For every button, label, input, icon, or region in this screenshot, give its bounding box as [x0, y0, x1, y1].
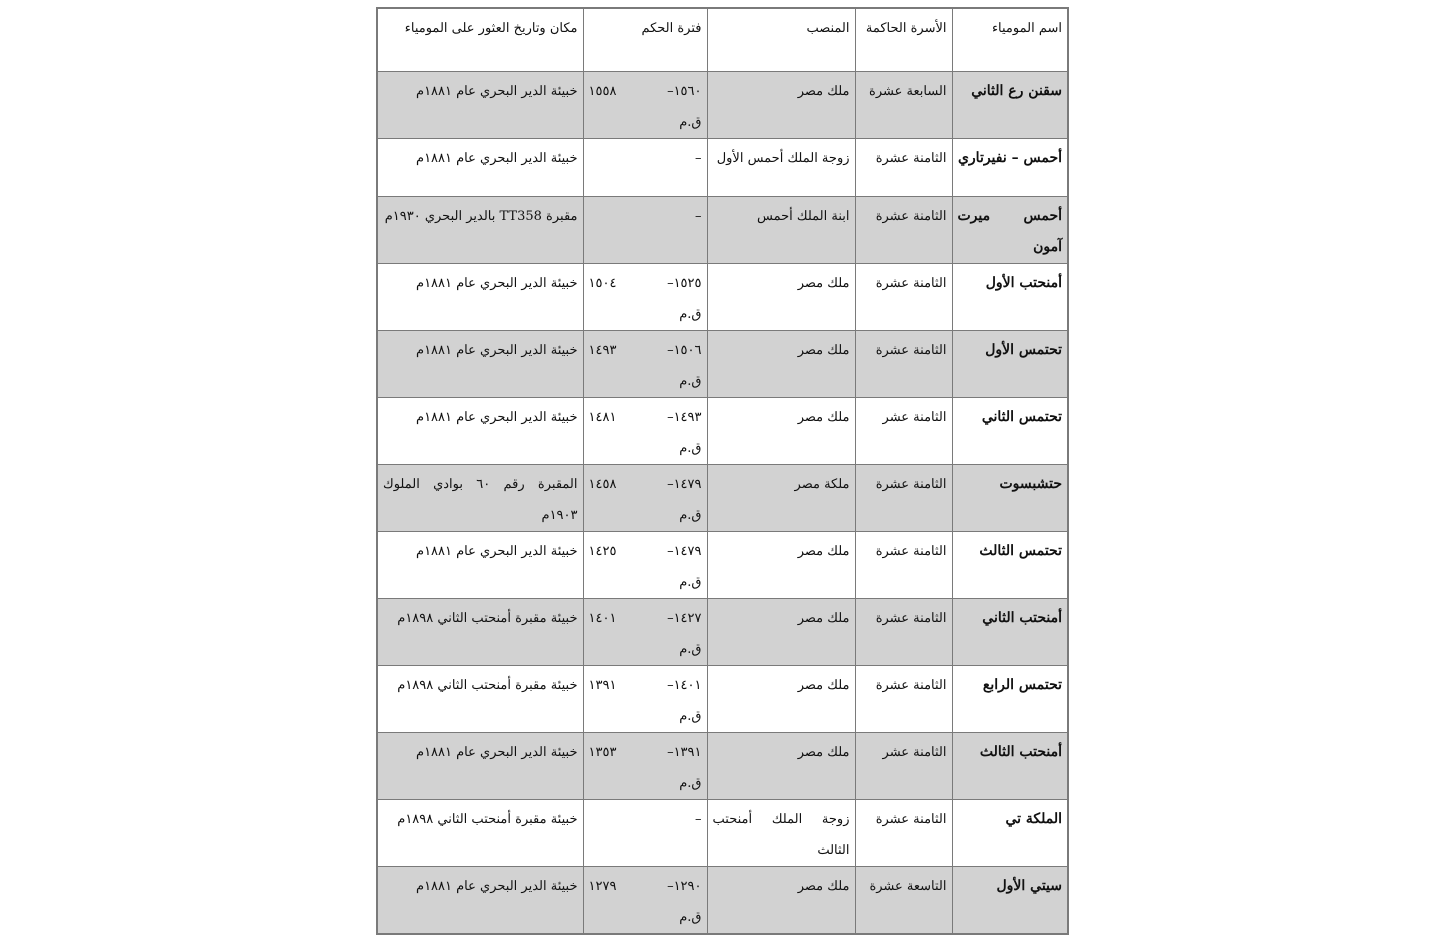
cell-reign: ١٤٠١– ١٣٩١ ق.م — [583, 665, 707, 732]
cell-place-found: مقبرة TT358 بالدير البحري ١٩٣٠م — [377, 196, 583, 263]
reign-start: ١٤٩٣– — [667, 402, 701, 433]
cell-reign: ١٤٧٩– ١٤٥٨ ق.م — [583, 464, 707, 531]
cell-place-found: خبيئة مقبرة أمنحتب الثاني ١٨٩٨م — [377, 665, 583, 732]
reign-end: ١٣٥٣ — [589, 737, 617, 768]
header-dynasty: الأسرة الحاكمة — [855, 8, 952, 71]
cell-dynasty: الثامنة عشرة — [855, 263, 952, 330]
cell-mummy-name: تحتمس الثالث — [952, 531, 1068, 598]
cell-title: ملك مصر — [707, 263, 855, 330]
cell-dynasty: الثامنة عشرة — [855, 598, 952, 665]
reign-end: ١٢٧٩ — [589, 871, 617, 901]
reign-start: ١٤٧٩– — [667, 536, 701, 567]
cell-mummy-name: سيتي الأول — [952, 866, 1068, 900]
cell-reign: ١٥٠٦– ١٤٩٣ ق.م — [583, 330, 707, 397]
cell-mummy-name: أمنحتب الأول — [952, 263, 1068, 330]
reign-start: ١٥٢٥– — [667, 268, 701, 299]
cell-dynasty: الثامنة عشرة — [855, 665, 952, 732]
cell-dynasty: السابعة عشرة — [855, 71, 952, 138]
cell-dynasty: الثامنة عشرة — [855, 138, 952, 196]
reign-era: ق.م — [589, 299, 702, 330]
cell-dynasty: الثامنة عشرة — [855, 330, 952, 397]
table-row: تحتمس الرابع الثامنة عشرة ملك مصر ١٤٠١– … — [377, 665, 1068, 732]
table-row: أمنحتب الأول الثامنة عشرة ملك مصر ١٥٢٥– … — [377, 263, 1068, 330]
cell-place-found: خبيئة الدير البحري عام ١٨٨١م — [377, 866, 583, 900]
cell-dynasty: التاسعة عشرة — [855, 866, 952, 900]
reign-start: ١٢٩٠– — [667, 871, 701, 901]
cell-place-found: خبيئة مقبرة أمنحتب الثاني ١٨٩٨م — [377, 799, 583, 866]
reign-years: ١٤٢٧– ١٤٠١ — [589, 603, 702, 634]
cell-reign: ١٣٩١– ١٣٥٣ ق.م — [583, 732, 707, 799]
cell-title: ملك مصر — [707, 665, 855, 732]
reign-end: ١٥٥٨ — [589, 76, 617, 107]
table-row: سقنن رع الثاني السابعة عشرة ملك مصر ١٥٦٠… — [377, 71, 1068, 138]
cell-reign: ١٢٩٠– ١٢٧٩ ق.م — [583, 866, 707, 900]
reign-years: ١٥٦٠– ١٥٥٨ — [589, 76, 702, 107]
table-row: تحتمس الثالث الثامنة عشرة ملك مصر ١٤٧٩– … — [377, 531, 1068, 598]
cell-reign: ١٤٢٧– ١٤٠١ ق.م — [583, 598, 707, 665]
reign-start: ١٤٧٩– — [667, 469, 701, 500]
reign-years: ١٢٩٠– ١٢٧٩ — [589, 871, 702, 901]
cell-mummy-name: الملكة تي — [952, 799, 1068, 866]
cell-title: ملك مصر — [707, 71, 855, 138]
cell-reign: ١٥٢٥– ١٥٠٤ ق.م — [583, 263, 707, 330]
cell-place-found: خبيئة مقبرة أمنحتب الثاني ١٨٩٨م — [377, 598, 583, 665]
cell-dynasty: الثامنة عشر — [855, 397, 952, 464]
cell-title: ملك مصر — [707, 531, 855, 598]
reign-start: ١٥٠٦– — [667, 335, 701, 366]
reign-era: ق.م — [589, 366, 702, 397]
header-mummy-name: اسم المومياء — [952, 8, 1068, 71]
cell-reign: ١٤٧٩– ١٤٢٥ ق.م — [583, 531, 707, 598]
header-title: المنصب — [707, 8, 855, 71]
reign-end: ١٤٠١ — [589, 603, 617, 634]
reign-years: ١٤٩٣– ١٤٨١ — [589, 402, 702, 433]
reign-years: ١٣٩١– ١٣٥٣ — [589, 737, 702, 768]
reign-end: ١٣٩١ — [589, 670, 617, 701]
cell-place-found: خبيئة الدير البحري عام ١٨٨١م — [377, 330, 583, 397]
reign-start: ١٤٢٧– — [667, 603, 701, 634]
cell-place-found: خبيئة الدير البحري عام ١٨٨١م — [377, 263, 583, 330]
reign-end: ١٤٥٨ — [589, 469, 617, 500]
reign-years: – — [589, 201, 702, 232]
cell-dynasty: الثامنة عشرة — [855, 464, 952, 531]
reign-era: ق.م — [589, 433, 702, 464]
reign-years: ١٥٠٦– ١٤٩٣ — [589, 335, 702, 366]
reign-end: ١٤٩٣ — [589, 335, 617, 366]
cell-mummy-name: تحتمس الأول — [952, 330, 1068, 397]
reign-start: – — [695, 143, 702, 174]
cell-dynasty: الثامنة عشرة — [855, 196, 952, 263]
cell-title: ملك مصر — [707, 397, 855, 464]
reign-start: ١٥٦٠– — [667, 76, 701, 107]
cell-mummy-name: أمنحتب الثالث — [952, 732, 1068, 799]
cell-mummy-name: أحمس – نفيرتاري — [952, 138, 1068, 196]
reign-years: ١٤٧٩– ١٤٢٥ — [589, 536, 702, 567]
reign-end: ١٤٨١ — [589, 402, 617, 433]
cell-place-found: خبيئة الدير البحري عام ١٨٨١م — [377, 138, 583, 196]
cell-place-found: خبيئة الدير البحري عام ١٨٨١م — [377, 531, 583, 598]
table-row: سيتي الأول التاسعة عشرة ملك مصر ١٢٩٠– ١٢… — [377, 866, 1068, 900]
cell-title: ابنة الملك أحمس — [707, 196, 855, 263]
reign-era: ق.م — [589, 567, 702, 598]
cell-title: ملكة مصر — [707, 464, 855, 531]
table-row: أحمس ميرت آمون الثامنة عشرة ابنة الملك أ… — [377, 196, 1068, 263]
reign-years: – — [589, 804, 702, 835]
cell-title: ملك مصر — [707, 732, 855, 799]
reign-era: ق.م — [589, 634, 702, 665]
cell-dynasty: الثامنة عشر — [855, 732, 952, 799]
mummies-table: اسم المومياء الأسرة الحاكمة المنصب فترة … — [376, 7, 1069, 900]
cell-place-found: خبيئة الدير البحري عام ١٨٨١م — [377, 397, 583, 464]
reign-years: – — [589, 143, 702, 174]
reign-start: – — [695, 804, 702, 835]
cell-reign: ١٤٩٣– ١٤٨١ ق.م — [583, 397, 707, 464]
table-row: أمنحتب الثالث الثامنة عشر ملك مصر ١٣٩١– … — [377, 732, 1068, 799]
cell-mummy-name: أحمس ميرت آمون — [952, 196, 1068, 263]
cell-dynasty: الثامنة عشرة — [855, 799, 952, 866]
cell-mummy-name: تحتمس الثاني — [952, 397, 1068, 464]
cell-mummy-name: حتشبسوت — [952, 464, 1068, 531]
reign-era: ق.م — [589, 107, 702, 138]
cell-mummy-name: تحتمس الرابع — [952, 665, 1068, 732]
cell-title: ملك مصر — [707, 866, 855, 900]
table-row: حتشبسوت الثامنة عشرة ملكة مصر ١٤٧٩– ١٤٥٨… — [377, 464, 1068, 531]
table-row: تحتمس الأول الثامنة عشرة ملك مصر ١٥٠٦– ١… — [377, 330, 1068, 397]
cell-reign: – — [583, 799, 707, 866]
cell-mummy-name: أمنحتب الثاني — [952, 598, 1068, 665]
reign-start: ١٤٠١– — [667, 670, 701, 701]
reign-years: ١٤٧٩– ١٤٥٨ — [589, 469, 702, 500]
cell-place-found: خبيئة الدير البحري عام ١٨٨١م — [377, 71, 583, 138]
cell-title: زوجة الملك أمنحتب الثالث — [707, 799, 855, 866]
table-header-row: اسم المومياء الأسرة الحاكمة المنصب فترة … — [377, 8, 1068, 71]
table-row: أحمس – نفيرتاري الثامنة عشرة زوجة الملك … — [377, 138, 1068, 196]
cell-reign: ١٥٦٠– ١٥٥٨ ق.م — [583, 71, 707, 138]
cell-place-found: خبيئة الدير البحري عام ١٨٨١م — [377, 732, 583, 799]
reign-start: ١٣٩١– — [667, 737, 701, 768]
table-row: تحتمس الثاني الثامنة عشر ملك مصر ١٤٩٣– ١… — [377, 397, 1068, 464]
cell-reign: – — [583, 196, 707, 263]
reign-end: ١٤٢٥ — [589, 536, 617, 567]
cell-title: ملك مصر — [707, 598, 855, 665]
header-place-found: مكان وتاريخ العثور على المومياء — [377, 8, 583, 71]
cell-reign: – — [583, 138, 707, 196]
reign-era: ق.م — [589, 701, 702, 732]
table-row: الملكة تي الثامنة عشرة زوجة الملك أمنحتب… — [377, 799, 1068, 866]
reign-era: ق.م — [589, 500, 702, 531]
table-row: أمنحتب الثاني الثامنة عشرة ملك مصر ١٤٢٧–… — [377, 598, 1068, 665]
reign-era: ق.م — [589, 768, 702, 799]
header-reign: فترة الحكم — [583, 8, 707, 71]
cell-mummy-name: سقنن رع الثاني — [952, 71, 1068, 138]
cell-dynasty: الثامنة عشرة — [855, 531, 952, 598]
cell-place-found: المقبرة رقم ٦٠ بوادي الملوك ١٩٠٣م — [377, 464, 583, 531]
cell-title: ملك مصر — [707, 330, 855, 397]
cell-title: زوجة الملك أحمس الأول — [707, 138, 855, 196]
reign-start: – — [695, 201, 702, 232]
reign-years: ١٤٠١– ١٣٩١ — [589, 670, 702, 701]
reign-end: ١٥٠٤ — [589, 268, 617, 299]
reign-years: ١٥٢٥– ١٥٠٤ — [589, 268, 702, 299]
document-page: اسم المومياء الأسرة الحاكمة المنصب فترة … — [376, 7, 1067, 900]
